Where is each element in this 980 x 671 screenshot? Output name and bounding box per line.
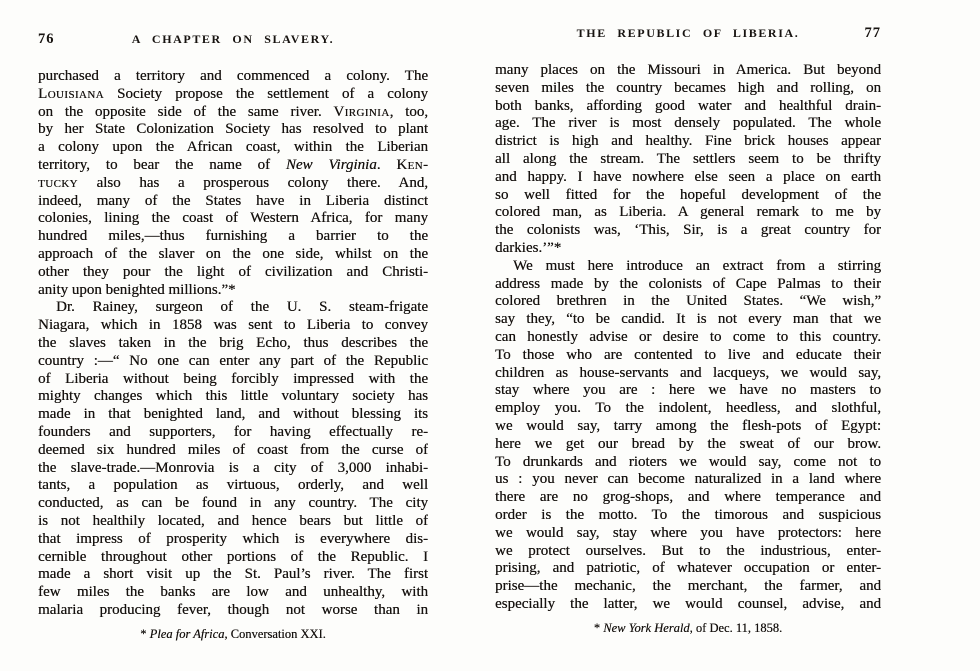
text-line: made a short visit up the St. Paul’s riv…: [38, 566, 428, 584]
text-line: tucky also has a prosperous colony there…: [38, 175, 428, 193]
text-line: anity upon benighted millions.”*: [38, 282, 428, 300]
text-line: colonies, lining the coast of Western Af…: [38, 210, 428, 228]
text-line: both banks, affording good water and hea…: [495, 98, 881, 116]
text-line: To drunkards and rioters we would say, c…: [495, 454, 881, 472]
text-line: we would say, tarry among the flesh-pots…: [495, 418, 881, 436]
text-line: prise—the mechanic, the merchant, the fa…: [495, 578, 881, 596]
text-line: say they, “to be candid. It is not every…: [495, 311, 881, 329]
text-line: To those who are contented to live and e…: [495, 347, 881, 365]
footnote: * Plea for Africa, Conversation XXI.: [38, 627, 428, 642]
footnote: * New York Herald, of Dec. 11, 1858.: [495, 621, 881, 636]
text-line: that impress of prosperity which is ever…: [38, 531, 428, 549]
text-line: stay where you are : here we have no mas…: [495, 382, 881, 400]
text-line: made in that benighted land, and without…: [38, 406, 428, 424]
text-line: approach of the slaver on the one side, …: [38, 246, 428, 264]
text-line: here we get our bread by the sweat of ou…: [495, 436, 881, 454]
text-line: purchased a territory and commenced a co…: [38, 68, 428, 86]
text-line: is not healthily located, and hence bear…: [38, 513, 428, 531]
paragraph: We must here introduce an extract from a…: [495, 258, 881, 614]
text-line: mighty changes which this little volunta…: [38, 388, 428, 406]
text-line: there are no grog-shops, and where tempe…: [495, 489, 881, 507]
text-line: employ you. To the indolent, heedless, a…: [495, 400, 881, 418]
text-line: children as house-servants and lacqueys,…: [495, 365, 881, 383]
text-line: colored man, as Liberia. A general remar…: [495, 204, 881, 222]
book-page-right: THE REPUBLIC OF LIBERIA. 77 many places …: [495, 26, 881, 636]
book-spread: 76 A CHAPTER ON SLAVERY. purchased a ter…: [0, 0, 980, 671]
book-page-left: 76 A CHAPTER ON SLAVERY. purchased a ter…: [38, 32, 428, 642]
text-line: Louisiana Society propose the settlement…: [38, 86, 428, 104]
text-line: We must here introduce an extract from a…: [495, 258, 881, 276]
text-line: can honestly advise or desire to come to…: [495, 329, 881, 347]
text-line: few miles the banks are low and unhealth…: [38, 584, 428, 602]
text-line: a colony upon the African coast, within …: [38, 139, 428, 157]
text-line: so well fitted for the hopeful developme…: [495, 187, 881, 205]
text-line: territory, to bear the name of New Virgi…: [38, 157, 428, 175]
text-line: order is the motto. To the timorous and …: [495, 507, 881, 525]
text-line: conducted, as can be found in any countr…: [38, 495, 428, 513]
text-line: founders and supporters, for having effe…: [38, 424, 428, 442]
text-line: district is high and healthy. Fine brick…: [495, 133, 881, 151]
text-line: we would say, stay where you have protec…: [495, 525, 881, 543]
text-line: tants, a population as virtuous, orderly…: [38, 477, 428, 495]
paragraph: Dr. Rainey, surgeon of the U. S. steam-f…: [38, 299, 428, 619]
text-line: cernible throughout other portions of th…: [38, 549, 428, 567]
text-line: especially the latter, we would counsel,…: [495, 596, 881, 614]
text-line: the colonists was, ‘This, Sir, is a grea…: [495, 222, 881, 240]
text-line: us : you never can become naturalized in…: [495, 471, 881, 489]
text-line: age. The river is most densely populated…: [495, 115, 881, 133]
running-title: THE REPUBLIC OF LIBERIA.: [577, 26, 800, 40]
text-line: many places on the Missouri in America. …: [495, 62, 881, 80]
text-line: the slaves taken in the brig Echo, thus …: [38, 335, 428, 353]
text-line: address made by the colonists of Cape Pa…: [495, 276, 881, 294]
text-line: colored brethren in the United States. “…: [495, 293, 881, 311]
page-number: 77: [865, 25, 882, 42]
text-line: prising, and patriotic, of whatever occu…: [495, 560, 881, 578]
text-line: by her State Colonization Society has re…: [38, 121, 428, 139]
page-header: 76 A CHAPTER ON SLAVERY.: [38, 32, 428, 48]
paragraph: many places on the Missouri in America. …: [495, 62, 881, 258]
text-line: Niagara, which in 1858 was sent to Liber…: [38, 317, 428, 335]
text-line: Dr. Rainey, surgeon of the U. S. steam-f…: [38, 299, 428, 317]
text-line: malaria producing fever, though not wors…: [38, 602, 428, 620]
text-line: the slave-trade.—Monrovia is a city of 3…: [38, 460, 428, 478]
text-line: and happy. I have nowhere else seen a pl…: [495, 169, 881, 187]
text-line: darkies.’”*: [495, 240, 881, 258]
text-line: we protect ourselves. But to the industr…: [495, 543, 881, 561]
page-body: purchased a territory and commenced a co…: [38, 68, 428, 620]
running-title: A CHAPTER ON SLAVERY.: [132, 32, 335, 46]
text-line: other they pour the light of civilizatio…: [38, 264, 428, 282]
page-header: THE REPUBLIC OF LIBERIA. 77: [495, 26, 881, 42]
text-line: indeed, many of the States have in Liber…: [38, 193, 428, 211]
text-line: seven miles the country becames high and…: [495, 80, 881, 98]
page-number: 76: [38, 31, 55, 48]
text-line: deemed six hundred miles of coast from t…: [38, 442, 428, 460]
text-line: country :—“ No one can enter any part of…: [38, 353, 428, 371]
text-line: hundred miles,—thus furnishing a barrier…: [38, 228, 428, 246]
page-body: many places on the Missouri in America. …: [495, 62, 881, 614]
text-line: all along the stream. The settlers seem …: [495, 151, 881, 169]
paragraph: purchased a territory and commenced a co…: [38, 68, 428, 299]
text-line: of Liberia without being forcibly impres…: [38, 371, 428, 389]
text-line: on the opposite side of the same river. …: [38, 104, 428, 122]
